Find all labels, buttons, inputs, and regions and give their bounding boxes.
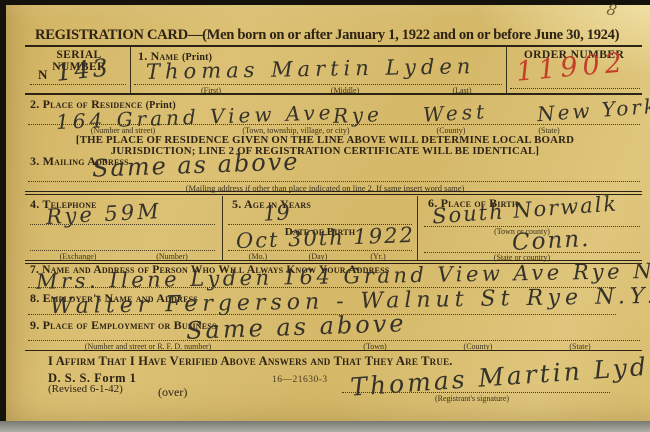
print-code: 16—21630-3: [272, 375, 328, 385]
row1-bottom-rule: [25, 93, 642, 95]
telephone-write-line: [30, 224, 215, 225]
serial-write-line: [30, 84, 126, 85]
signature-write-line: [342, 392, 610, 393]
serial-number-prefix: N: [38, 67, 47, 83]
title-rule: [25, 45, 642, 47]
birth-date-write-line: [228, 250, 412, 251]
row4-divider-right: [417, 196, 418, 260]
card-title: REGISTRATION CARD—(Men born on or after …: [35, 27, 619, 44]
row3-bottom-rule: [25, 191, 642, 195]
form-revision: (Revised 6-1-42): [48, 383, 123, 395]
row1-divider-left: [130, 47, 131, 93]
residence-county-value: West: [422, 99, 488, 126]
employment-write-line: [28, 340, 640, 341]
residence-write-line: [28, 124, 640, 125]
age-value: 19: [262, 200, 290, 225]
scan-bottom-edge: [0, 421, 650, 432]
order-write-line: [510, 88, 640, 89]
row4-divider-left: [222, 196, 223, 260]
over-note: (over): [158, 385, 187, 400]
affirmation-text: I Affirm That I Have Verified Above Answ…: [48, 354, 453, 369]
serial-number-value: 143: [55, 53, 112, 87]
row9-bottom-rule: [25, 350, 642, 351]
mailing-write-line: [28, 181, 640, 182]
name-write-line: [134, 84, 502, 85]
signature-sub-label: (Registrant's signature): [435, 394, 509, 403]
telephone-write-line2: [30, 250, 215, 251]
registration-card-scan: 8 REGISTRATION CARD—(Men born on or afte…: [0, 0, 650, 432]
